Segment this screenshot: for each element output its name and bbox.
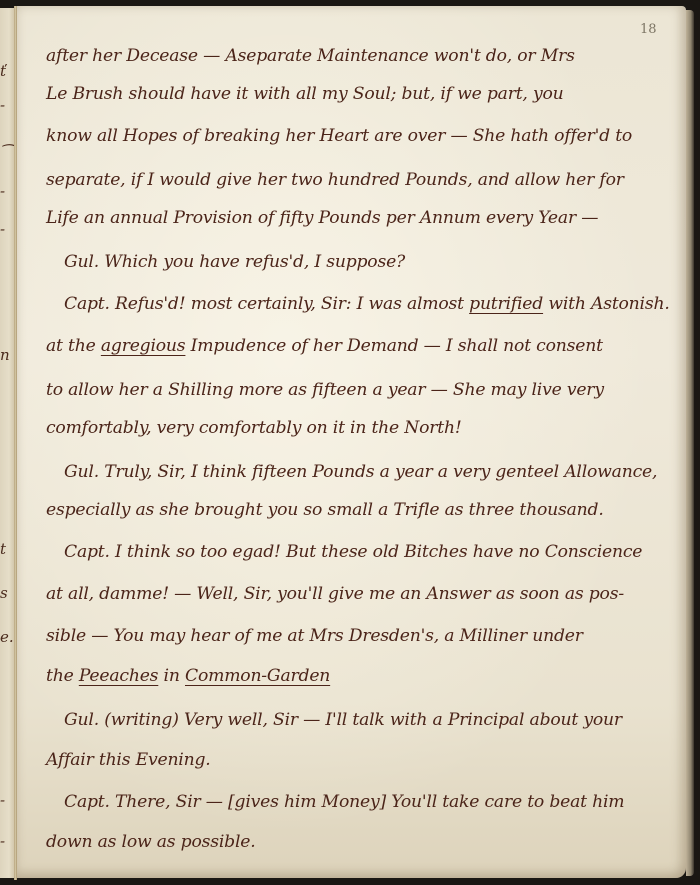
speaker-line-capt: Capt. There, Sir — [gives him Money] You… bbox=[64, 792, 624, 812]
speaker-line-capt: Capt. I think so too egad! But these old… bbox=[64, 542, 642, 562]
text-segment: at the bbox=[46, 336, 101, 356]
text-line: Life an annual Provision of fifty Pounds… bbox=[46, 208, 598, 228]
left-page-fragment: ť bbox=[0, 64, 6, 79]
underlined-word: Peeaches bbox=[79, 666, 158, 686]
text-segment: in bbox=[158, 666, 185, 686]
text-segment: with Astonish. bbox=[543, 294, 670, 314]
text-line: after her Decease — Aseparate Maintenanc… bbox=[46, 46, 575, 66]
text-segment: the bbox=[46, 666, 79, 686]
text-line: the Peeaches in Common-Garden bbox=[46, 666, 330, 686]
text-line: comfortably, very comfortably on it in t… bbox=[46, 418, 462, 438]
left-page-fragment: - bbox=[0, 98, 5, 113]
text-line: especially as she brought you so small a… bbox=[46, 500, 604, 520]
folio-number: 18 bbox=[640, 22, 657, 37]
text-segment: Capt. Refus'd! most certainly, Sir: I wa… bbox=[64, 294, 469, 314]
speaker-line-capt: Capt. Refus'd! most certainly, Sir: I wa… bbox=[64, 294, 670, 314]
page-edge bbox=[686, 10, 694, 876]
underlined-word: putrified bbox=[469, 294, 543, 314]
text-line: Le Brush should have it with all my Soul… bbox=[46, 84, 563, 104]
speaker-line-gul: Gul. Which you have refus'd, I suppose? bbox=[64, 252, 405, 272]
left-page-fragment: t bbox=[0, 542, 6, 557]
text-line: know all Hopes of breaking her Heart are… bbox=[46, 126, 632, 146]
text-line: down as low as possible. bbox=[46, 832, 256, 852]
left-page-fragment: ⁀ bbox=[0, 146, 12, 161]
left-page-fragment: - bbox=[0, 222, 5, 237]
left-page-fragment: - bbox=[0, 793, 5, 808]
text-line: separate, if I would give her two hundre… bbox=[46, 170, 624, 190]
text-line: at all, damme! — Well, Sir, you'll give … bbox=[46, 584, 624, 604]
left-page-fragment: s bbox=[0, 586, 8, 601]
text-line: at the agregious Impudence of her Demand… bbox=[46, 336, 603, 356]
adjacent-left-page: ť - ⁀ - - n t s e. - - bbox=[0, 8, 15, 878]
text-line: sible — You may hear of me at Mrs Dresde… bbox=[46, 626, 583, 646]
left-page-fragment: - bbox=[0, 184, 5, 199]
text-line: Affair this Evening. bbox=[46, 750, 211, 770]
left-page-fragment: - bbox=[0, 834, 5, 849]
text-line: to allow her a Shilling more as fifteen … bbox=[46, 380, 604, 400]
speaker-line-gul: Gul. Truly, Sir, I think fifteen Pounds … bbox=[64, 462, 657, 482]
text-segment: Impudence of her Demand — I shall not co… bbox=[185, 336, 602, 356]
underlined-word: Common-Garden bbox=[185, 666, 330, 686]
left-page-fragment: n bbox=[0, 348, 10, 363]
underlined-word: agregious bbox=[101, 336, 186, 356]
manuscript-scan: ť - ⁀ - - n t s e. - - 18 after her Dece… bbox=[0, 0, 700, 885]
left-page-fragment: e. bbox=[0, 630, 14, 645]
speaker-line-gul: Gul. (writing) Very well, Sir — I'll tal… bbox=[64, 710, 622, 730]
